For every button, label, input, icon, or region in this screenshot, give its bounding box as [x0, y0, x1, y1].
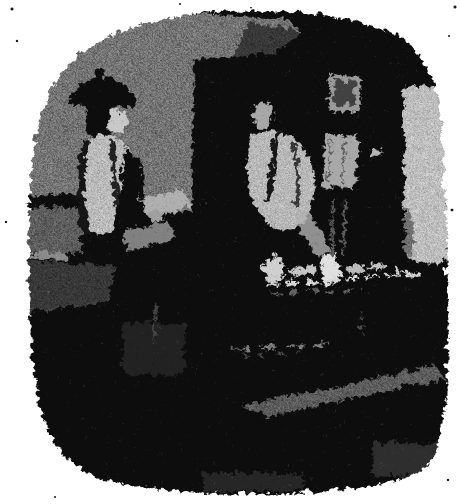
ink-speck	[448, 35, 450, 37]
ink-speck	[447, 479, 449, 481]
vignette	[0, 0, 461, 504]
ink-speck	[179, 3, 181, 5]
ink-speck	[451, 209, 454, 212]
ink-speck	[5, 221, 7, 223]
ink-speck	[11, 8, 14, 11]
white-grain-overlay	[0, 0, 461, 504]
ink-speck	[54, 496, 56, 498]
scanned-illustration	[0, 0, 461, 504]
ink-speck	[16, 40, 18, 42]
illustration-canvas	[0, 0, 461, 504]
ink-speck	[454, 6, 457, 9]
